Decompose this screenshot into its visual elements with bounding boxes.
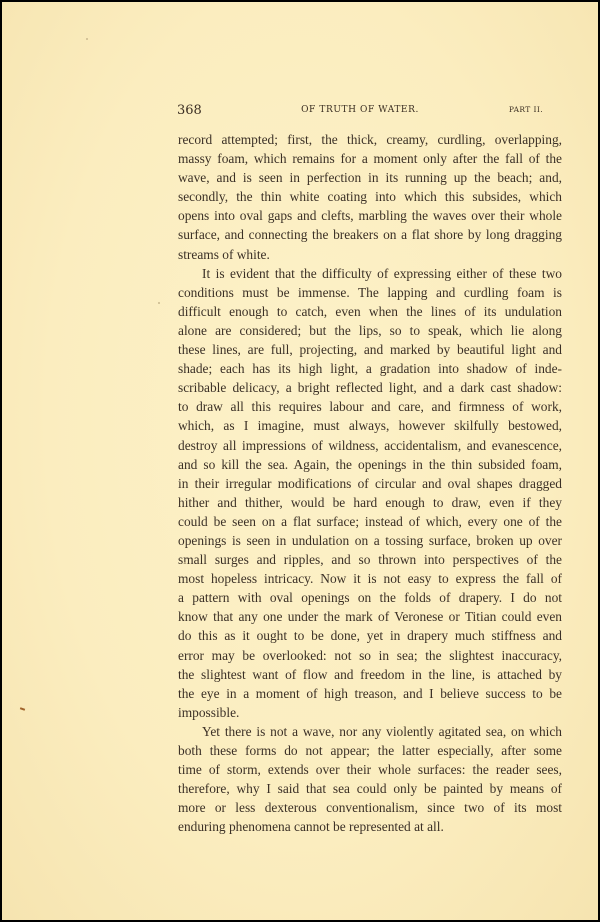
text-line: know that any one under the mark of Vero… (178, 607, 562, 626)
text-line: record attempted; first, the thick, crea… (178, 130, 562, 149)
text-line: impossible. (178, 703, 562, 722)
text-line: enduring phenomena cannot be represented… (178, 817, 562, 836)
part-label: PART II. (509, 105, 543, 114)
text-line: small surges and ripples, and so thrown … (178, 550, 562, 569)
text-line: opens into oval gaps and clefts, marblin… (178, 206, 562, 225)
text-line: these lines, are full, projecting, and m… (178, 340, 562, 359)
paper-speck (158, 302, 160, 304)
paper-speck (86, 38, 88, 40)
text-line: surface, and connecting the breakers on … (178, 225, 562, 244)
text-line: destroy all impressions of wildness, acc… (178, 436, 562, 455)
text-line: secondly, the thin white coating into wh… (178, 187, 562, 206)
text-line: scribable delicacy, a bright reflected l… (178, 378, 562, 397)
text-line: do this as it ought to be done, yet in d… (178, 626, 562, 645)
text-line: in their irregular modifications of circ… (178, 474, 562, 493)
paragraph: It is evident that the difficulty of exp… (178, 264, 562, 722)
text-line: to draw all this requires labour and car… (178, 397, 562, 416)
text-line: hither and thither, would be hard enough… (178, 493, 562, 512)
text-line: most hopeless intricacy. Now it is not e… (178, 569, 562, 588)
text-line: shade; each has its high light, a gradat… (178, 359, 562, 378)
text-line: could be seen on a flat surface; instead… (178, 512, 562, 531)
text-line: the eye in a moment of high treason, and… (178, 684, 562, 703)
running-title: OF TRUTH OF WATER. (177, 105, 543, 115)
text-line: massy foam, which remains for a moment o… (178, 149, 562, 168)
text-line: which, as I imagine, must always, howeve… (178, 416, 562, 435)
text-line: a pattern with oval openings on the fold… (178, 588, 562, 607)
text-line: more or less dexterous conventionalism, … (178, 798, 562, 817)
book-page: 368 OF TRUTH OF WATER. PART II. record a… (2, 2, 598, 920)
text-line: error may be overlooked: not so in sea; … (178, 646, 562, 665)
text-line: therefore, why I said that sea could onl… (178, 779, 562, 798)
text-line: openings is seen in undulation on a toss… (178, 531, 562, 550)
text-line: Yet there is not a wave, nor any violent… (178, 722, 562, 741)
text-line: It is evident that the difficulty of exp… (178, 264, 562, 283)
paragraph: Yet there is not a wave, nor any violent… (178, 722, 562, 837)
body-text: record attempted; first, the thick, crea… (178, 130, 562, 836)
text-line: alone are considered; but the lips, so t… (178, 321, 562, 340)
paper-speck (184, 562, 186, 564)
text-line: both these forms do not appear; the latt… (178, 741, 562, 760)
text-line: difficult enough to catch, even when the… (178, 302, 562, 321)
paragraph: record attempted; first, the thick, crea… (178, 130, 562, 264)
text-line: time of storm, extends over their whole … (178, 760, 562, 779)
ink-mark (20, 707, 25, 711)
text-line: the slightest want of flow and freedom i… (178, 665, 562, 684)
page-header: 368 OF TRUTH OF WATER. PART II. (177, 103, 543, 119)
text-line: streams of white. (178, 245, 562, 264)
text-line: and so kill the sea. Again, the openings… (178, 455, 562, 474)
text-line: wave, and is seen in perfection in its r… (178, 168, 562, 187)
text-line: conditions must be immense. The lapping … (178, 283, 562, 302)
